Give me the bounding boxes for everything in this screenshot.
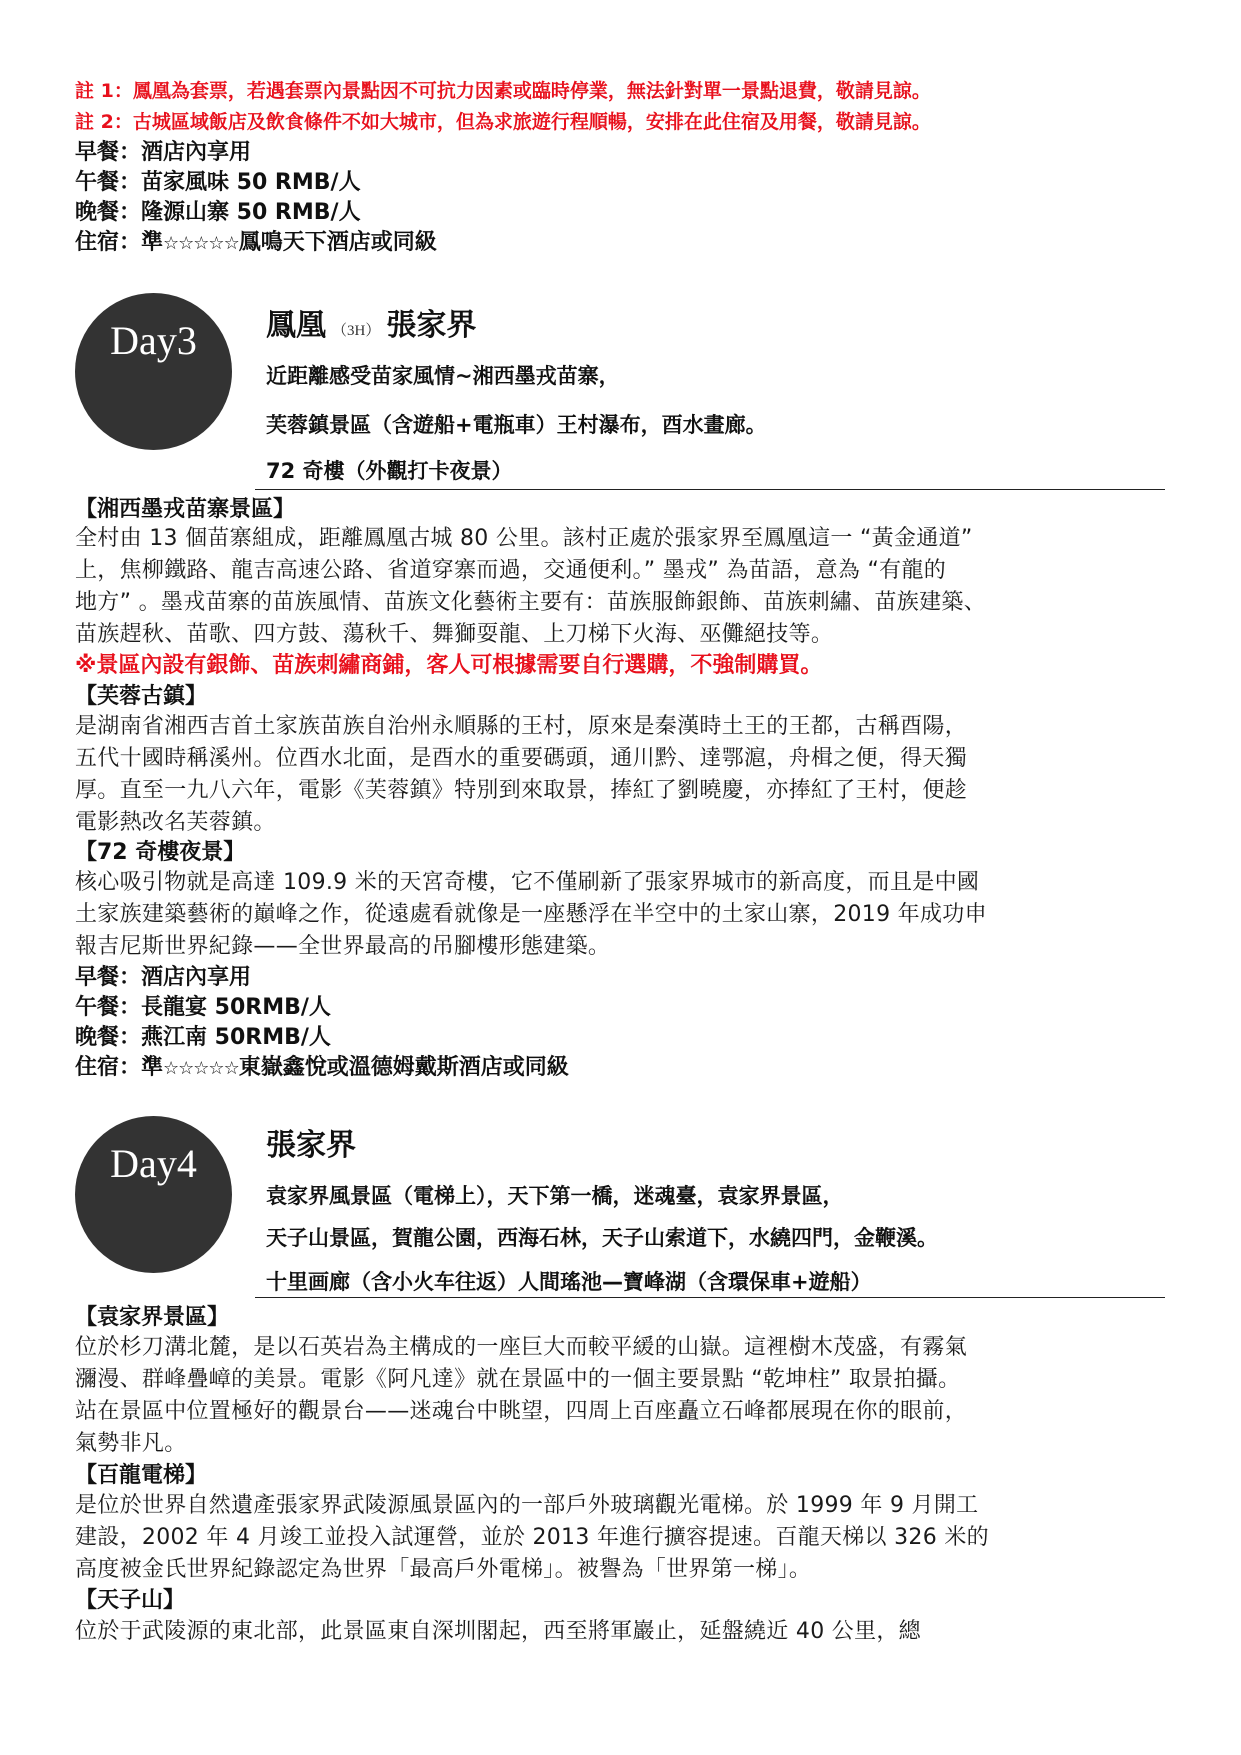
body-line: 全村由 13 個苗寨組成，距離鳳凰古城 80 公里。該村正處於張家界至鳳凰這一 … (75, 521, 973, 552)
day3-title-from: 鳳凰 (266, 308, 326, 343)
day3-highlight-3: 72 奇樓（外觀打卡夜景） (266, 455, 513, 485)
day3-badge-label: Day3 (75, 317, 232, 364)
section-heading-furong: 【芙蓉古鎮】 (75, 679, 207, 710)
day4-badge: Day4 (75, 1116, 232, 1273)
hotel-name: 鳳鳴天下酒店或同級 (239, 230, 437, 255)
section-heading-bailong: 【百龍電梯】 (75, 1458, 207, 1489)
body-line: 位於杉刀溝北麓，是以石英岩為主構成的一座巨大而較平緩的山嶽。這裡樹木茂盛，有霧氣 (75, 1330, 967, 1361)
day2-breakfast: 早餐：酒店內享用 (75, 135, 251, 166)
body-line: 是湖南省湘西吉首土家族苗族自治州永順縣的王村，原來是秦漢時土王的王都，古稱酉陽， (75, 709, 967, 740)
itinerary-page: 註 1：鳳凰為套票，若遇套票內景點因不可抗力因素或臨時停業，無法針對單一景點退費… (0, 0, 1241, 1755)
body-line: 位於于武陵源的東北部，此景區東自深圳閣起，西至將軍巖止，延盤繞近 40 公里，總 (75, 1614, 921, 1645)
section-heading-moxirong: 【湘西墨戎苗寨景區】 (75, 492, 295, 523)
day3-dinner: 晚餐：燕江南 50RMB/人 (75, 1020, 331, 1051)
day2-hotel: 住宿：準☆☆☆☆☆鳳鳴天下酒店或同級 (75, 225, 437, 256)
body-line: 電影熱改名芙蓉鎮。 (75, 805, 276, 836)
body-line: 土家族建築藝術的巔峰之作，從遠處看就像是一座懸浮在半空中的土家山寨，2019 年… (75, 897, 987, 928)
body-line: 苗族趕秋、苗歌、四方鼓、蕩秋千、舞獅耍龍、上刀梯下火海、巫儺絕技等。 (75, 617, 833, 648)
day3-lunch: 午餐：長龍宴 50RMB/人 (75, 990, 331, 1021)
hotel-prefix: 住宿：準 (75, 1055, 163, 1080)
section-heading-72qilou: 【72 奇樓夜景】 (75, 835, 245, 866)
body-line: 瀰漫、群峰疊嶂的美景。電影《阿凡達》就在景區中的一個主要景點 “乾坤柱” 取景拍… (75, 1362, 960, 1393)
day3-title: 鳳凰（3H）張家界 (266, 300, 476, 344)
section-heading-tianzishan: 【天子山】 (75, 1583, 185, 1614)
day4-highlight-3: 十里画廊（含小火车往返）人間瑤池—寶峰湖（含環保車+遊船） (266, 1266, 872, 1296)
body-line: 核心吸引物就是高達 109.9 米的天宮奇樓，它不僅刷新了張家界城市的新高度，而… (75, 865, 979, 896)
hotel-name: 東嶽鑫悅或溫德姆戴斯酒店或同級 (239, 1055, 569, 1080)
day4-highlight-1: 袁家界風景區（電梯上），天下第一橋，迷魂臺，袁家界景區， (266, 1180, 844, 1210)
day3-highlight-1: 近距離感受苗家風情~湘西墨戎苗寨， (266, 360, 620, 390)
day4-divider (255, 1297, 1165, 1298)
body-line: 地方” 。墨戎苗寨的苗族風情、苗族文化藝術主要有：苗族服飾銀飾、苗族刺繡、苗族建… (75, 585, 986, 616)
day2-dinner: 晚餐：隆源山寨 50 RMB/人 (75, 195, 361, 226)
body-line: 站在景區中位置極好的觀景台——迷魂台中眺望，四周上百座矗立石峰都展現在你的眼前， (75, 1394, 967, 1425)
day3-breakfast: 早餐：酒店內享用 (75, 960, 251, 991)
day4-highlight-2: 天子山景區，賀龍公園，西海石林，天子山索道下，水繞四門，金鞭溪。 (266, 1222, 938, 1252)
body-line: 報吉尼斯世界紀錄——全世界最高的吊腳樓形態建築。 (75, 929, 610, 960)
note-1: 註 1：鳳凰為套票，若遇套票內景點因不可抗力因素或臨時停業，無法針對單一景點退費… (75, 76, 931, 103)
day3-badge: Day3 (75, 293, 232, 450)
day3-hotel: 住宿：準☆☆☆☆☆東嶽鑫悅或溫德姆戴斯酒店或同級 (75, 1050, 569, 1081)
day3-duration: （3H） (332, 323, 380, 339)
day3-highlight-2: 芙蓉鎮景區（含遊船+電瓶車）王村瀑布，酉水畫廊。 (266, 409, 767, 439)
star-rating-icon: ☆☆☆☆☆ (163, 233, 239, 254)
body-line: 五代十國時稱溪州。位酉水北面，是酉水的重要碼頭，通川黔、達鄂滬，舟楫之便，得天獨 (75, 741, 967, 772)
hotel-prefix: 住宿：準 (75, 230, 163, 255)
day3-title-to: 張家界 (386, 308, 476, 343)
section-heading-yuanjiajie: 【袁家界景區】 (75, 1300, 229, 1331)
body-line: 氣勢非凡。 (75, 1426, 187, 1457)
day4-title: 張家界 (266, 1120, 356, 1164)
day3-divider (255, 489, 1165, 490)
body-line: 厚。直至一九八六年，電影《芙蓉鎮》特別到來取景，捧紅了劉曉慶，亦捧紅了王村，便趁 (75, 773, 967, 804)
shopping-warning: ※景區內設有銀飾、苗族刺繡商鋪，客人可根據需要自行選購，不強制購買。 (75, 648, 822, 679)
body-line: 建設，2002 年 4 月竣工並投入試運營，並於 2013 年進行擴容提速。百龍… (75, 1520, 989, 1551)
star-rating-icon: ☆☆☆☆☆ (163, 1058, 239, 1079)
day2-lunch: 午餐：苗家風味 50 RMB/人 (75, 165, 361, 196)
day4-badge-label: Day4 (75, 1140, 232, 1187)
body-line: 是位於世界自然遺產張家界武陵源風景區內的一部戶外玻璃觀光電梯。於 1999 年 … (75, 1488, 978, 1519)
body-line: 上，焦柳鐵路、龍吉高速公路、省道穿寨而過，交通便利。” 墨戎” 為苗語，意為 “… (75, 553, 946, 584)
note-2: 註 2：古城區域飯店及飲食條件不如大城市，但為求旅遊行程順暢，安排在此住宿及用餐… (75, 107, 931, 134)
body-line: 高度被金氏世界紀錄認定為世界「最高戶外電梯」。被譽為「世界第一梯」。 (75, 1552, 811, 1583)
